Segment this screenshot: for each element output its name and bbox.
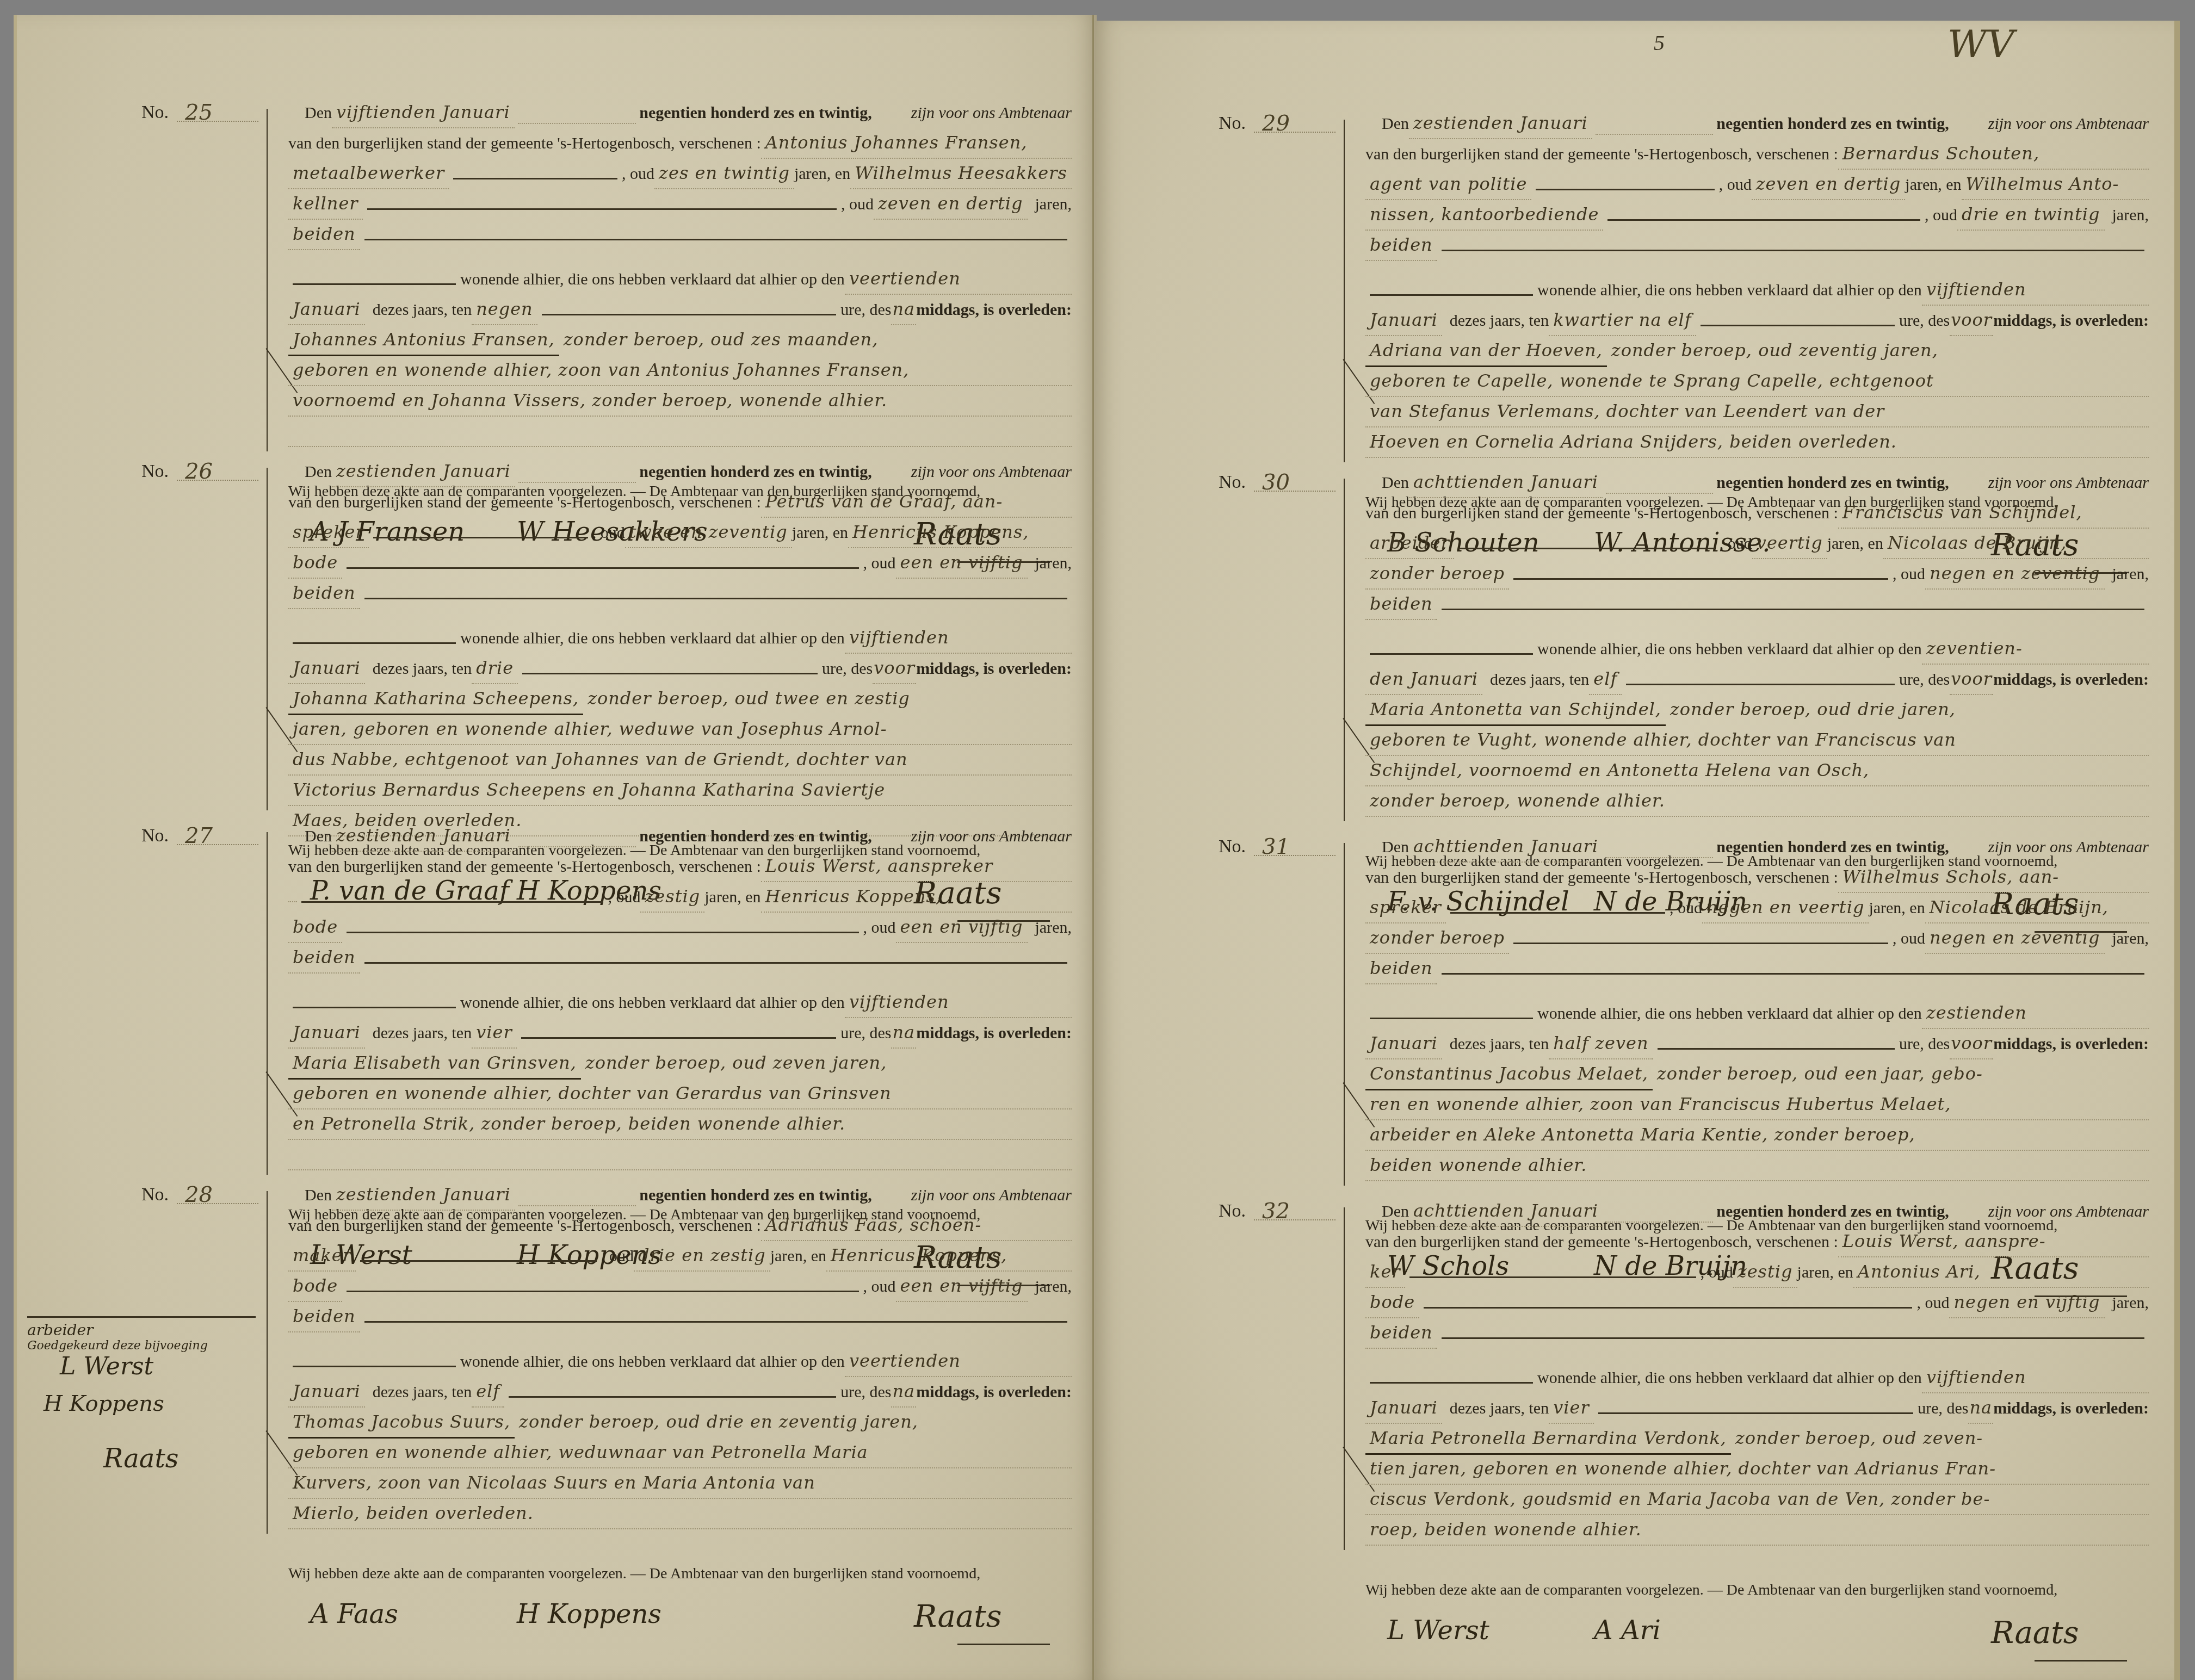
- witness1-age: drie en zestig: [634, 1240, 770, 1272]
- witness2-age: negen en zeventig: [1925, 922, 2104, 954]
- label-oud-2: , oud: [863, 1272, 896, 1302]
- witness2-name: Nicolaas de Bruijn,: [1883, 528, 2149, 559]
- deceased-detail-1: tien jaren, geboren en wonende alhier, d…: [1365, 1453, 2149, 1485]
- witness1-age: twee en zeventig: [625, 517, 792, 548]
- death-record-entry: No. 31 Den achttienden Januari negentien…: [1110, 827, 2143, 1186]
- book-spine: [1092, 15, 1094, 1680]
- margin-note-approval: Goedgekeurd deze bijvoeging: [27, 1339, 261, 1353]
- label-jaren-en: jaren, en: [770, 1241, 826, 1272]
- death-month: Januari: [288, 1017, 365, 1049]
- label-den: Den: [1365, 468, 1409, 498]
- deceased-name: Adriana van der Hoeven,: [1365, 335, 1607, 367]
- death-record-entry: No. 30 Den achttienden Januari negentien…: [1110, 462, 2143, 821]
- witness2-occupation: zonder beroep: [1365, 558, 1509, 590]
- deceased-name: Thomas Jacobus Suurs,: [288, 1406, 515, 1439]
- label-oud-2: , oud: [1893, 923, 1925, 954]
- witnesses-both: beiden: [288, 578, 360, 609]
- deceased-detail-4: [1365, 1545, 2149, 1546]
- deceased-detail-0: zonder beroep, oud twee en zestig: [583, 683, 1072, 714]
- death-ampm: na: [891, 294, 916, 325]
- record-number-label: No.: [1219, 113, 1246, 134]
- label-before-official: zijn voor ons Ambtenaar: [1988, 832, 2149, 863]
- margin-note-addition: arbeider: [27, 1321, 261, 1339]
- witness1-name: Wilhelmus Schols, aan-: [1838, 861, 2149, 893]
- label-before-official: zijn voor ons Ambtenaar: [911, 457, 1072, 487]
- death-ampm: na: [891, 1376, 916, 1408]
- deceased-detail-1: geboren en wonende alhier, weduwnaar van…: [288, 1437, 1072, 1468]
- label-den: Den: [1365, 832, 1409, 863]
- death-hour: vier: [1549, 1392, 1594, 1424]
- death-day: vijftienden: [1922, 274, 2149, 306]
- margin-rule: [1344, 120, 1345, 462]
- label-municipality: van den burgerlijken stand der gemeente …: [1365, 498, 1838, 529]
- label-den: Den: [1365, 109, 1409, 139]
- witness2-occupation: bode: [288, 912, 342, 943]
- label-dezes: dezes jaars, ten: [373, 295, 472, 325]
- label-jaren-en: jaren, en: [1827, 529, 1883, 559]
- deceased-name: Maria Petronella Bernardina Verdonk,: [1365, 1423, 1731, 1455]
- registration-date: zestienden Januari: [332, 456, 515, 487]
- label-jaren-en: jaren, en: [704, 882, 760, 913]
- official-signature: Raats: [1991, 1615, 2079, 1651]
- death-day: vijftienden: [1922, 1362, 2149, 1393]
- witness2-age: zeven en dertig: [874, 188, 1028, 220]
- margin-note-sig-werst: L Werst: [27, 1353, 261, 1380]
- label-wonende: wonende alhier, die ons hebben verklaard…: [1537, 999, 1922, 1029]
- label-oud: , oud: [1670, 893, 1702, 923]
- label-jaren: jaren,: [2112, 923, 2149, 954]
- deceased-name: Constantinus Jacobus Melaet,: [1365, 1058, 1653, 1090]
- margin-rule: [1344, 1207, 1345, 1550]
- witness2-occupation: nissen, kantoorbediende: [1365, 199, 1603, 231]
- witness1-signature: L Werst: [1387, 1615, 1489, 1646]
- witness2-age: een en vijftig: [896, 912, 1028, 943]
- witness2-signature: A Ari: [1594, 1615, 1661, 1646]
- label-overleden: middags, is overleden:: [1993, 665, 2149, 695]
- registration-date: achttienden Januari: [1409, 1195, 1603, 1227]
- label-wonende: wonende alhier, die ons hebben verklaard…: [1537, 1363, 1922, 1393]
- label-den: Den: [288, 821, 332, 852]
- deceased-detail-1: ren en wonende alhier, zoon van Francisc…: [1365, 1089, 2149, 1120]
- label-wonende: wonende alhier, die ons hebben verklaard…: [460, 623, 845, 654]
- witness2-occupation: bode: [1365, 1287, 1419, 1318]
- deceased-detail-4: [1365, 816, 2149, 817]
- label-den: Den: [1365, 1197, 1409, 1227]
- witnesses-both: beiden: [1365, 230, 1437, 261]
- death-day: zestienden: [1922, 997, 2149, 1029]
- margin-rule: [267, 1191, 268, 1534]
- witness2-name: Nicolaas de Bruijn,: [1925, 892, 2149, 923]
- death-ampm: voor: [873, 653, 916, 684]
- deceased-detail-3: Hoeven en Cornelia Adriana Snijders, bei…: [1365, 426, 2149, 458]
- year-text: negentien honderd zes en twintig,: [1716, 832, 1949, 863]
- death-hour: vier: [472, 1017, 517, 1049]
- deceased-detail-0: zonder beroep, oud zeventig jaren,: [1607, 335, 2149, 365]
- label-wonende: wonende alhier, die ons hebben verklaard…: [460, 1347, 845, 1377]
- witnesses-both: beiden: [288, 1301, 360, 1332]
- death-ampm: na: [891, 1017, 916, 1049]
- deceased-name: Maria Elisabeth van Grinsven,: [288, 1047, 581, 1080]
- witness2-name: Henricus Koppens,: [826, 1240, 1072, 1272]
- witness2-age: een en vijftig: [896, 1270, 1028, 1302]
- record-number: 31: [1262, 834, 1290, 859]
- record-number: 25: [185, 100, 213, 125]
- deceased-detail-3: [288, 1139, 1072, 1140]
- record-number-label: No.: [141, 461, 169, 482]
- death-day: zeventien-: [1922, 633, 2149, 665]
- witness2-occupation: bode: [288, 547, 342, 579]
- death-hour: elf: [1589, 664, 1622, 695]
- label-wonende: wonende alhier, die ons hebben verklaard…: [460, 988, 845, 1018]
- label-oud-2: , oud: [863, 913, 896, 943]
- label-municipality: van den burgerlijken stand der gemeente …: [288, 487, 761, 518]
- deceased-detail-1: jaren, geboren en wonende alhier, weduwe…: [288, 714, 1072, 745]
- death-day: veertienden: [845, 1346, 1072, 1377]
- witness2-name: Wilhelmus Heesakkers: [850, 158, 1072, 189]
- deceased-detail-4: [288, 1169, 1072, 1170]
- death-record-entry: No. 32 Den achttienden Januari negentien…: [1110, 1191, 2143, 1550]
- witness1-name: Adrianus Faas, schoen-: [761, 1210, 1072, 1241]
- label-ure-des: ure, des: [1899, 1029, 1950, 1059]
- death-month: Januari: [1365, 1392, 1442, 1424]
- witnesses-both: beiden: [1365, 953, 1437, 984]
- deceased-detail-2: Kurvers, zoon van Nicolaas Suurs en Mari…: [288, 1467, 1072, 1499]
- label-jaren-en: jaren, en: [792, 518, 848, 548]
- label-overleden: middags, is overleden:: [916, 1377, 1072, 1408]
- record-number: 27: [185, 823, 213, 848]
- official-signature-underline: [957, 1644, 1050, 1645]
- death-record-entry: No. 26 Den zestienden Januari negentien …: [33, 451, 1066, 810]
- witness1-age: negen en veertig: [1702, 892, 1869, 923]
- label-oud: , oud: [1720, 529, 1752, 559]
- label-before-official: zijn voor ons Ambtenaar: [1988, 468, 2149, 498]
- witness1-occupation: maker: [288, 1240, 356, 1272]
- witness1-name: Louis Werst, aanspre-: [1838, 1226, 2149, 1257]
- record-number-label: No.: [1219, 836, 1246, 857]
- label-jaren: jaren,: [1035, 189, 1072, 220]
- witness2-name: Antonius Ari,: [1853, 1256, 2149, 1288]
- witness1-age: zeven en dertig: [1752, 169, 1906, 200]
- deceased-detail-0: zonder beroep, oud een jaar, gebo-: [1653, 1058, 2149, 1089]
- label-municipality: van den burgerlijken stand der gemeente …: [288, 128, 761, 159]
- label-jaren: jaren,: [1035, 548, 1072, 579]
- label-den: Den: [288, 457, 332, 487]
- deceased-detail-2: voornoemd en Johanna Vissers, zonder ber…: [288, 385, 1072, 417]
- label-jaren-en: jaren, en: [1905, 170, 1961, 200]
- margin-rule: [1344, 843, 1345, 1186]
- label-jaren: jaren,: [2112, 1288, 2149, 1318]
- death-ampm: voor: [1950, 1028, 1993, 1059]
- label-oud: , oud: [601, 1241, 634, 1272]
- label-ure-des: ure, des: [840, 1018, 891, 1049]
- death-day: vijftienden: [845, 987, 1072, 1018]
- label-ure-des: ure, des: [1899, 306, 1950, 336]
- label-oud-2: , oud: [863, 548, 896, 579]
- margin-rule: [267, 109, 268, 451]
- year-text: negentien honderd zes en twintig,: [1716, 468, 1949, 498]
- label-jaren-en: jaren, en: [1797, 1257, 1853, 1288]
- deceased-detail-4: [288, 1528, 1072, 1529]
- witness1-signature: A Faas: [310, 1599, 398, 1629]
- death-hour: kwartier na elf: [1549, 305, 1696, 336]
- label-municipality: van den burgerlijken stand der gemeente …: [288, 1211, 761, 1241]
- deceased-detail-2: arbeider en Aleke Antonetta Maria Kentie…: [1365, 1119, 2149, 1151]
- label-overleden: middags, is overleden:: [916, 295, 1072, 325]
- death-ampm: voor: [1950, 664, 1993, 695]
- deceased-detail-0: zonder beroep, oud zeven jaren,: [581, 1047, 1072, 1078]
- registration-date: achttienden Januari: [1409, 467, 1603, 498]
- label-before-official: zijn voor ons Ambtenaar: [911, 98, 1072, 128]
- label-oud: , oud: [1701, 1257, 1733, 1288]
- witness1-name: Antonius Johannes Fransen,: [761, 127, 1072, 159]
- deceased-detail-0: zonder beroep, oud drie jaren,: [1666, 694, 2149, 724]
- deceased-name: Johanna Katharina Scheepens,: [288, 683, 583, 715]
- label-jaren-en: jaren, en: [1869, 893, 1925, 923]
- deceased-detail-0: zonder beroep, oud zes maanden,: [559, 324, 1072, 355]
- death-ampm: na: [1968, 1392, 1993, 1424]
- label-overleden: middags, is overleden:: [1993, 1393, 2149, 1424]
- label-overleden: middags, is overleden:: [916, 654, 1072, 684]
- record-number: 29: [1262, 111, 1290, 136]
- year-text: negentien honderd zes en twintig,: [1716, 1197, 1949, 1227]
- witness2-name: Henricus Koppens,: [761, 881, 1072, 913]
- deceased-detail-3: zonder beroep, wonende alhier.: [1365, 785, 2149, 817]
- death-record-entry: No. 29 Den zestienden Januari negentien …: [1110, 103, 2143, 462]
- record-number: 30: [1262, 470, 1290, 495]
- label-before-official: zijn voor ons Ambtenaar: [911, 1180, 1072, 1211]
- label-wonende: wonende alhier, die ons hebben verklaard…: [460, 264, 845, 295]
- label-den: Den: [288, 98, 332, 128]
- page-number: 5: [1654, 30, 1665, 55]
- margin-rule: [267, 468, 268, 810]
- witnesses-both: beiden: [1365, 588, 1437, 620]
- witness2-occupation: kellner: [288, 188, 363, 220]
- label-ure-des: ure, des: [822, 654, 873, 684]
- record-number-label: No.: [141, 1185, 169, 1205]
- label-dezes: dezes jaars, ten: [373, 1377, 472, 1408]
- year-text: negentien honderd zes en twintig,: [639, 821, 872, 852]
- label-dezes: dezes jaars, ten: [1450, 1393, 1549, 1424]
- label-oud-2: , oud: [1916, 1288, 1949, 1318]
- witness2-signature: H Koppens: [517, 1599, 661, 1629]
- deceased-detail-1: geboren en wonende alhier, dochter van G…: [288, 1078, 1072, 1109]
- death-month: Januari: [1365, 305, 1442, 336]
- label-oud-2: , oud: [841, 189, 874, 220]
- death-record-entry: No. 27 Den zestienden Januari negentien …: [33, 816, 1066, 1175]
- label-ure-des: ure, des: [840, 295, 891, 325]
- record-number: 32: [1262, 1199, 1290, 1224]
- witness2-name: Wilhelmus Anto-: [1962, 169, 2149, 200]
- witness2-age: drie en twintig: [1957, 199, 2105, 231]
- label-dezes: dezes jaars, ten: [373, 654, 472, 684]
- label-before-official: zijn voor ons Ambtenaar: [1988, 1197, 2149, 1227]
- death-month: Januari: [1365, 1028, 1442, 1059]
- signatures-row: L Werst A Ari Raats: [1365, 1605, 2149, 1665]
- deceased-detail-3: roep, beiden wonende alhier.: [1365, 1514, 2149, 1546]
- label-den: Den: [288, 1180, 332, 1211]
- label-dezes: dezes jaars, ten: [1450, 1029, 1549, 1059]
- margin-note: arbeider Goedgekeurd deze bijvoeging L W…: [27, 1316, 261, 1474]
- margin-note-sig-raats: Raats: [27, 1443, 261, 1474]
- year-text: negentien honderd zes en twintig,: [639, 1180, 872, 1211]
- witness2-name: Henricus Koppens,: [848, 517, 1072, 548]
- death-month: Januari: [288, 1376, 365, 1408]
- deceased-name: Johannes Antonius Fransen,: [288, 324, 559, 356]
- year-text: negentien honderd zes en twintig,: [1716, 109, 1949, 139]
- label-oud: , oud: [608, 882, 640, 913]
- deceased-detail-3: beiden wonende alhier.: [1365, 1150, 2149, 1181]
- record-number-label: No.: [1219, 472, 1246, 493]
- record-number-label: No.: [141, 826, 169, 846]
- label-jaren: jaren,: [1035, 913, 1072, 943]
- label-wonende: wonende alhier, die ons hebben verklaard…: [1537, 634, 1922, 665]
- death-month: den Januari: [1365, 664, 1482, 695]
- record-number: 26: [185, 459, 213, 484]
- witness1-age: zestig: [640, 881, 704, 913]
- witness2-age: negen en vijftig: [1949, 1287, 2104, 1318]
- label-ure-des: ure, des: [840, 1377, 891, 1408]
- deceased-detail-0: zonder beroep, oud drie en zeventig jare…: [515, 1406, 1072, 1437]
- label-municipality: van den burgerlijken stand der gemeente …: [1365, 863, 1838, 893]
- death-hour: half zeven: [1549, 1028, 1653, 1059]
- witness1-occupation: spreker: [288, 517, 369, 548]
- official-signature-underline: [2035, 1660, 2127, 1662]
- label-jaren: jaren,: [2112, 559, 2149, 590]
- margin-rule: [267, 832, 268, 1175]
- witness1-name: Louis Werst, aanspreker: [761, 851, 1072, 882]
- deceased-detail-0: zonder beroep, oud zeven-: [1731, 1423, 2149, 1453]
- witnesses-both: beiden: [1365, 1317, 1437, 1349]
- label-dezes: dezes jaars, ten: [1450, 306, 1549, 336]
- death-hour: drie: [472, 653, 518, 684]
- deceased-detail-2: van Stefanus Verlemans, dochter van Leen…: [1365, 396, 2149, 427]
- label-before-official: zijn voor ons Ambtenaar: [1988, 109, 2149, 139]
- deceased-detail-4: [1365, 1180, 2149, 1181]
- witness2-occupation: zonder beroep: [1365, 922, 1509, 954]
- record-number-label: No.: [141, 102, 169, 123]
- label-municipality: van den burgerlijken stand der gemeente …: [1365, 139, 1838, 170]
- witness1-name: Franciscus van Schijndel,: [1838, 497, 2149, 529]
- registration-date: zestienden Januari: [332, 820, 515, 852]
- witness2-age: een en vijftig: [896, 547, 1028, 579]
- witness1-occupation: ker: [1365, 1256, 1405, 1288]
- signatures-row: A Faas H Koppens Raats: [288, 1589, 1072, 1649]
- label-municipality: van den burgerlijken stand der gemeente …: [288, 852, 761, 882]
- deceased-detail-4: [288, 446, 1072, 447]
- record-number: 28: [185, 1182, 213, 1207]
- official-signature: Raats: [914, 1599, 1001, 1634]
- death-hour: elf: [472, 1376, 504, 1408]
- witness1-occupation: agent van politie: [1365, 169, 1531, 200]
- deceased-detail-1: geboren en wonende alhier, zoon van Anto…: [288, 355, 1072, 386]
- label-jaren-en: jaren, en: [794, 159, 850, 189]
- label-overleden: middags, is overleden:: [1993, 306, 2149, 336]
- label-oud-2: , oud: [1893, 559, 1925, 590]
- witness1-age: veertig: [1752, 528, 1827, 559]
- label-municipality: van den burgerlijken stand der gemeente …: [1365, 1227, 1838, 1257]
- witness1-age: zestig: [1733, 1256, 1797, 1288]
- witness1-name: Bernardus Schouten,: [1838, 138, 2149, 170]
- death-day: veertienden: [845, 263, 1072, 295]
- label-overleden: middags, is overleden:: [916, 1018, 1072, 1049]
- death-record-entry: No. 25 Den vijftienden Januari negentien…: [33, 92, 1066, 451]
- witness1-name: Petrus van de Graaf, aan-: [761, 486, 1072, 518]
- witness1-age: zes en twintig: [654, 158, 794, 189]
- margin-rule: [1344, 479, 1345, 821]
- death-month: Januari: [288, 653, 365, 684]
- record-body: Den achttienden Januari negentien honder…: [1365, 1191, 2149, 1665]
- label-jaren: jaren,: [2112, 200, 2149, 231]
- death-day: vijftienden: [845, 622, 1072, 654]
- registration-date: achttienden Januari: [1409, 831, 1603, 863]
- witness1-occupation: spreker: [1365, 892, 1446, 923]
- death-hour: negen: [472, 294, 537, 325]
- label-oud: , oud: [1719, 170, 1752, 200]
- page-initials: WV: [1947, 22, 2014, 66]
- deceased-detail-2: en Petronella Strik, zonder beroep, beid…: [288, 1108, 1072, 1140]
- deceased-detail-2: ciscus Verdonk, goudsmid en Maria Jacoba…: [1365, 1484, 2149, 1515]
- registration-date: zestienden Januari: [332, 1179, 515, 1211]
- witness1-occupation: arbeider: [1365, 528, 1454, 559]
- closing-statement: Wij hebben deze akte aan de comparanten …: [1365, 1575, 2057, 1605]
- label-jaren: jaren,: [1035, 1272, 1072, 1302]
- year-text: negentien honderd zes en twintig,: [639, 457, 872, 487]
- death-month: Januari: [288, 294, 365, 325]
- witness2-age: negen en zeventig: [1925, 558, 2104, 590]
- death-ampm: voor: [1950, 305, 1993, 336]
- label-ure-des: ure, des: [1918, 1393, 1968, 1424]
- label-overleden: middags, is overleden:: [1993, 1029, 2149, 1059]
- deceased-detail-3: [288, 416, 1072, 417]
- witnesses-both: beiden: [288, 942, 360, 974]
- deceased-detail-3: Mierlo, beiden overleden.: [288, 1498, 1072, 1529]
- deceased-name: Maria Antonetta van Schijndel,: [1365, 694, 1666, 726]
- label-oud: , oud: [592, 518, 625, 548]
- label-dezes: dezes jaars, ten: [1490, 665, 1589, 695]
- label-dezes: dezes jaars, ten: [373, 1018, 472, 1049]
- label-oud: , oud: [622, 159, 654, 189]
- record-body: Den zestienden Januari negentien honderd…: [288, 1175, 1072, 1649]
- year-text: negentien honderd zes en twintig,: [639, 98, 872, 128]
- label-before-official: zijn voor ons Ambtenaar: [911, 821, 1072, 852]
- label-oud-2: , oud: [1925, 200, 1957, 231]
- label-wonende: wonende alhier, die ons hebben verklaard…: [1537, 275, 1922, 306]
- witnesses-both: beiden: [288, 219, 360, 250]
- registration-date: vijftienden Januari: [332, 97, 515, 128]
- deceased-detail-2: Schijndel, voornoemd en Antonetta Helena…: [1365, 755, 2149, 786]
- deceased-detail-2: dus Nabbe, echtgenoot van Johannes van d…: [288, 744, 1072, 776]
- deceased-detail-3: Victorius Bernardus Scheepens en Johanna…: [288, 774, 1072, 806]
- closing-statement: Wij hebben deze akte aan de comparanten …: [288, 1559, 980, 1589]
- witness1-occupation: [288, 901, 297, 902]
- deceased-detail-4: [1365, 457, 2149, 458]
- witness2-occupation: bode: [288, 1270, 342, 1302]
- deceased-detail-1: geboren te Capelle, wonende te Sprang Ca…: [1365, 365, 2149, 397]
- record-number-label: No.: [1219, 1201, 1246, 1222]
- registration-date: zestienden Januari: [1409, 108, 1592, 139]
- label-ure-des: ure, des: [1899, 665, 1950, 695]
- witness1-occupation: metaalbewerker: [288, 158, 449, 189]
- margin-note-sig-koppens: H Koppens: [27, 1391, 261, 1416]
- deceased-detail-1: geboren te Vught, wonende alhier, dochte…: [1365, 724, 2149, 756]
